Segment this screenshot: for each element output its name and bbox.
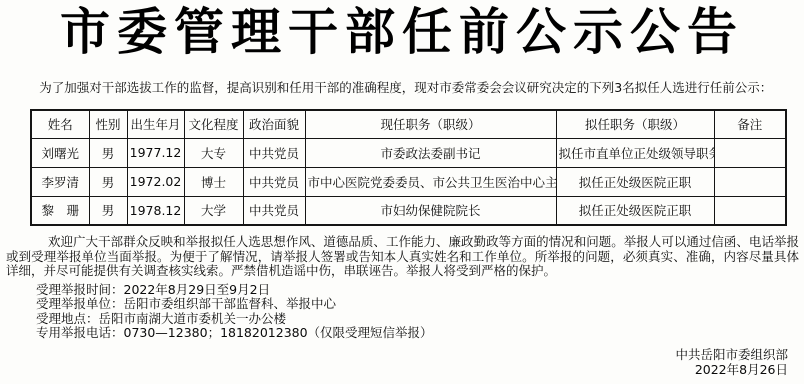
cell-current-position: 市妇幼保健院院长 bbox=[305, 196, 556, 225]
cell-proposed-position: 拟任市直单位正处级领导职务 bbox=[556, 138, 714, 167]
header-proposed-position: 拟任职务（职级） bbox=[556, 110, 714, 138]
cell-political-status: 中共党员 bbox=[243, 196, 305, 225]
intro-paragraph: 为了加强对干部选拔工作的监督，提高识别和任用干部的准确程度，现对市委常委会会议研… bbox=[8, 80, 796, 95]
report-phone-line: 专用举报电话：0730—12380；18182012380（仅限受理短信举报） bbox=[36, 326, 804, 341]
cell-current-position: 市委政法委副书记 bbox=[305, 138, 556, 167]
cell-proposed-position: 拟任正处级医院正职 bbox=[556, 167, 714, 196]
cell-current-position: 市中心医院党委委员、市公共卫生医治中心主任 bbox=[305, 167, 556, 196]
header-current-position: 现任职务（职级） bbox=[305, 110, 556, 138]
report-unit-line: 受理举报单位：岳阳市委组织部干部监督科、举报中心 bbox=[36, 297, 804, 312]
header-gender: 性别 bbox=[89, 110, 127, 138]
reporting-notice-paragraph: 欢迎广大干部群众反映和举报拟任人选思想作风、道德品质、工作能力、廉政勤政等方面的… bbox=[6, 235, 799, 279]
cell-name: 黎 珊 bbox=[31, 196, 89, 225]
table-row: 李罗清 男 1972.02 博士 中共党员 市中心医院党委委员、市公共卫生医治中… bbox=[31, 167, 786, 196]
cell-remarks bbox=[714, 138, 786, 167]
cadre-table: 姓名 性别 出生年月 文化程度 政治面貌 现任职务（职级） 拟任职务（职级） 备… bbox=[30, 109, 787, 226]
signature-date: 2022年8月26日 bbox=[0, 362, 788, 377]
table-row: 黎 珊 男 1978.12 大学 中共党员 市妇幼保健院院长 拟任正处级医院正职 bbox=[31, 196, 786, 225]
header-political-status: 政治面貌 bbox=[243, 110, 305, 138]
cell-education: 大学 bbox=[184, 196, 243, 225]
report-contact-info: 受理举报时间：2022年8月29日至9月2日 受理举报单位：岳阳市委组织部干部监… bbox=[36, 283, 804, 341]
cell-education: 博士 bbox=[184, 167, 243, 196]
cell-proposed-position: 拟任正处级医院正职 bbox=[556, 196, 714, 225]
cell-education: 大专 bbox=[184, 138, 243, 167]
cell-gender: 男 bbox=[89, 138, 127, 167]
table-header-row: 姓名 性别 出生年月 文化程度 政治面貌 现任职务（职级） 拟任职务（职级） 备… bbox=[31, 110, 786, 138]
header-education: 文化程度 bbox=[184, 110, 243, 138]
cell-birthdate: 1972.02 bbox=[127, 167, 184, 196]
cell-remarks bbox=[714, 167, 786, 196]
cell-birthdate: 1977.12 bbox=[127, 138, 184, 167]
cell-gender: 男 bbox=[89, 167, 127, 196]
cell-gender: 男 bbox=[89, 196, 127, 225]
cell-birthdate: 1978.12 bbox=[127, 196, 184, 225]
notice-document: 市委管理干部任前公示公告 为了加强对干部选拔工作的监督，提高识别和任用干部的准确… bbox=[0, 5, 804, 384]
header-name: 姓名 bbox=[31, 110, 89, 138]
table-row: 刘曙光 男 1977.12 大专 中共党员 市委政法委副书记 拟任市直单位正处级… bbox=[31, 138, 786, 167]
cell-name: 李罗清 bbox=[31, 167, 89, 196]
signature-block: 中共岳阳市委组织部 2022年8月26日 bbox=[0, 347, 804, 377]
report-time-line: 受理举报时间：2022年8月29日至9月2日 bbox=[36, 283, 804, 298]
report-location-line: 受理地点：岳阳市南湖大道市委机关一办公楼 bbox=[36, 312, 804, 327]
cell-political-status: 中共党员 bbox=[243, 167, 305, 196]
cell-name: 刘曙光 bbox=[31, 138, 89, 167]
cell-remarks bbox=[714, 196, 786, 225]
page-title: 市委管理干部任前公示公告 bbox=[0, 5, 804, 59]
signature-org: 中共岳阳市委组织部 bbox=[0, 347, 788, 362]
header-birthdate: 出生年月 bbox=[127, 110, 184, 138]
cell-political-status: 中共党员 bbox=[243, 138, 305, 167]
header-remarks: 备注 bbox=[714, 110, 786, 138]
